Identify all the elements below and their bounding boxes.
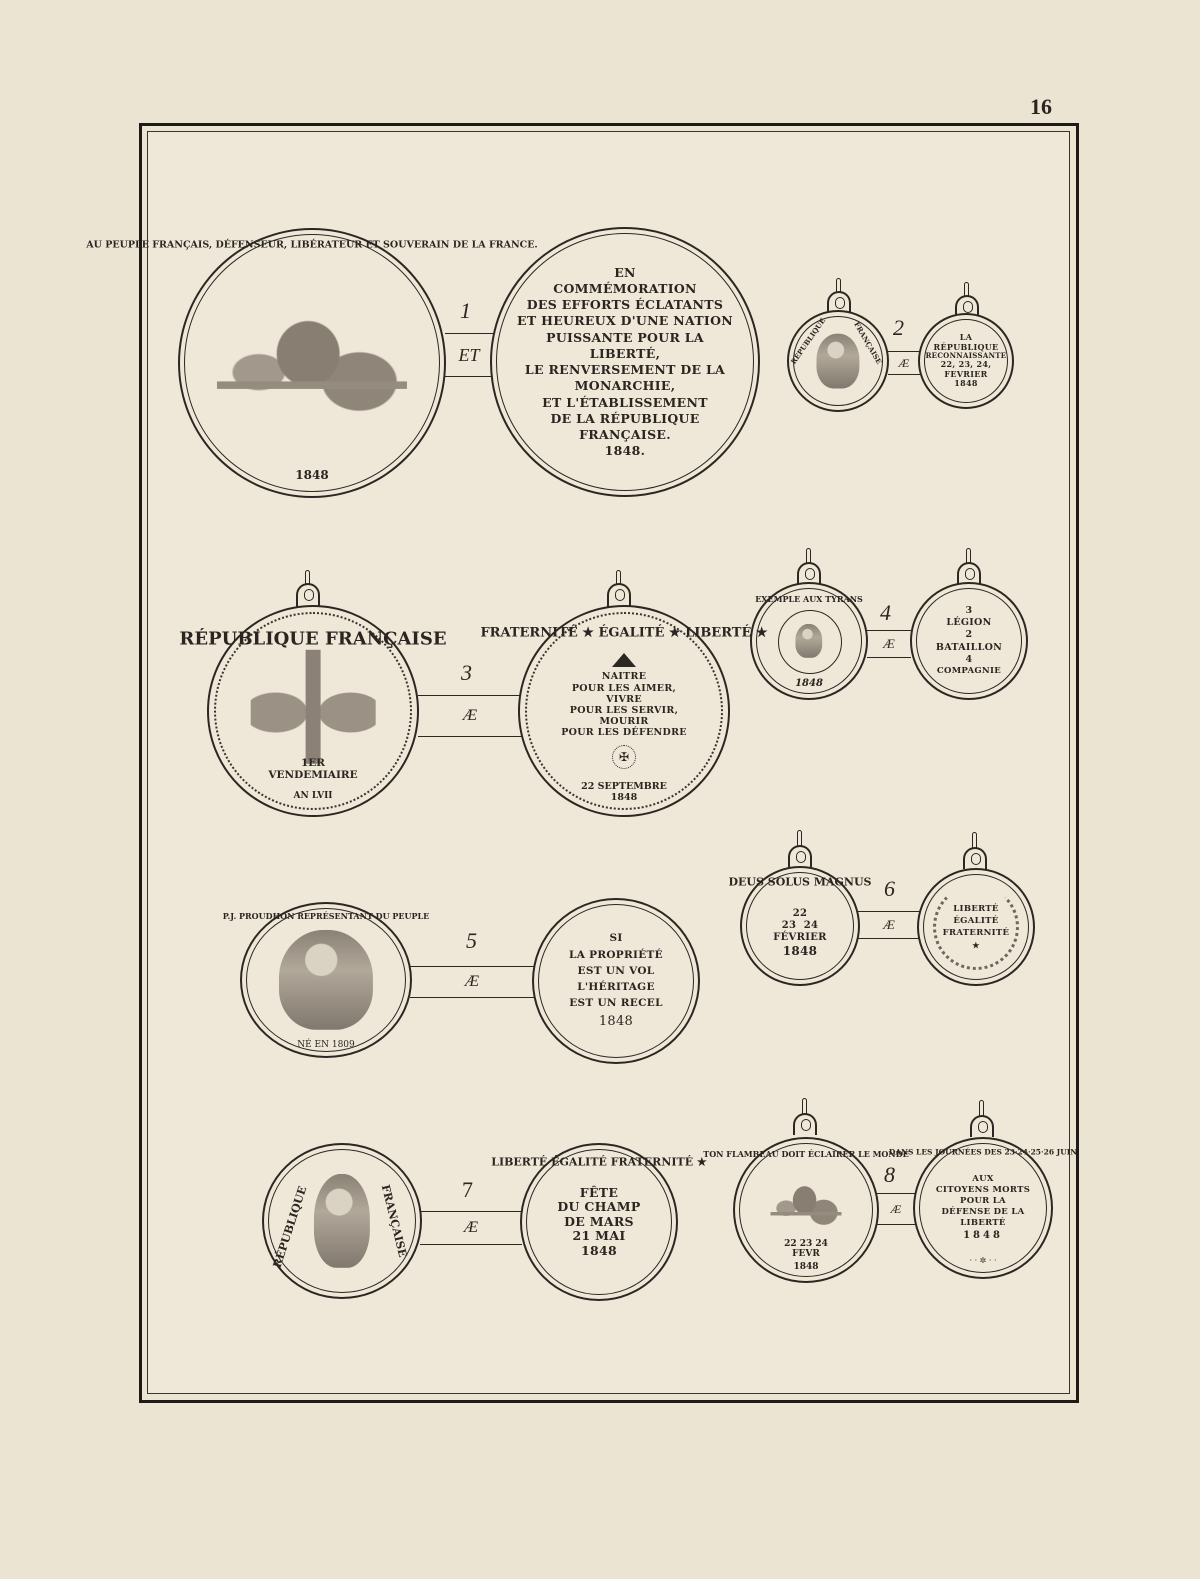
inscription-line: FÉVRIER bbox=[773, 932, 827, 944]
medal-1-obverse: AU PEUPLE FRANÇAIS, DÉFENSEUR, LIBÉRATEU… bbox=[178, 228, 446, 498]
medal-7-reverse-legend: LIBERTÉ ÉGALITÉ FRATERNITÉ ★ bbox=[491, 1156, 707, 1169]
inscription-line: 23 24 bbox=[773, 920, 827, 932]
medal-7-number: 7 bbox=[462, 1177, 473, 1203]
inscription-line: PUISSANTE POUR LA bbox=[517, 330, 733, 346]
inscription-line: ÉGALITÉ bbox=[943, 915, 1010, 927]
inscription-line: SI bbox=[569, 930, 663, 946]
medal-3-connector: Æ bbox=[418, 695, 522, 737]
medal-4-reverse-inscription: 3 LÉGION 2 BATAILLON 4 COMPAGNIE bbox=[936, 605, 1002, 678]
inscription-line: 1848 bbox=[936, 1229, 1030, 1242]
inscription-line: 22 bbox=[773, 908, 827, 920]
inscription-line: ET HEUREUX D'UNE NATION bbox=[517, 313, 733, 329]
fasces-wreath-icon bbox=[251, 650, 376, 764]
medal-5-connector: Æ bbox=[410, 966, 534, 998]
inscription-line: LA PROPRIÉTÉ bbox=[569, 947, 663, 963]
medal-6-reverse: LIBERTÉ ÉGALITÉ FRATERNITÉ ★ bbox=[917, 868, 1035, 986]
inscription-line: MONARCHIE, bbox=[517, 378, 733, 394]
medal-4-metal: Æ bbox=[883, 636, 895, 652]
medal-7-connector: Æ bbox=[420, 1211, 522, 1245]
liberty-scales-scene-icon bbox=[217, 270, 407, 456]
inscription-line: ET L'ÉTABLISSEMENT bbox=[517, 395, 733, 411]
inscription-line: NAITRE bbox=[561, 671, 687, 682]
inscription-line: LÉGION bbox=[936, 617, 1002, 629]
medal-7-legend-left: RÉPUBLIQUE bbox=[271, 1185, 310, 1270]
medal-8-number: 8 bbox=[884, 1162, 895, 1188]
medal-6-obverse: DEUS SOLUS MAGNUS 22 23 24 FÉVRIER 1848 bbox=[740, 866, 860, 986]
medal-6-reverse-inscription: LIBERTÉ ÉGALITÉ FRATERNITÉ ★ bbox=[943, 903, 1010, 952]
inscription-line: 2 bbox=[936, 629, 1002, 641]
inscription-line: L'HÉRITAGE bbox=[569, 979, 663, 995]
inscription-line: POUR LES AIMER, bbox=[561, 683, 687, 694]
medal-3-reverse-legend: FRATERNITÉ ★ ÉGALITÉ ★ LIBERTÉ ★ bbox=[480, 626, 767, 641]
inscription-line: CITOYENS MORTS bbox=[936, 1185, 1030, 1196]
medal-3-number: 3 bbox=[461, 660, 472, 686]
medal-2-connector: Æ bbox=[888, 351, 920, 375]
medal-3-reverse-bottom-legend: 22 SEPTEMBRE 1848 bbox=[572, 781, 676, 803]
medal-6-obverse-inscription: 22 23 24 FÉVRIER 1848 bbox=[773, 908, 827, 958]
medal-3-reverse: FRATERNITÉ ★ ÉGALITÉ ★ LIBERTÉ ★ NAITRE … bbox=[518, 605, 730, 817]
medal-8-reverse-loop-icon bbox=[970, 1115, 994, 1137]
inscription-line: MOURIR bbox=[561, 716, 687, 727]
medal-4-obverse-loop-icon bbox=[797, 562, 821, 584]
medal-7-metal: Æ bbox=[464, 1219, 478, 1237]
medal-1-obverse-legend: AU PEUPLE FRANÇAIS, DÉFENSEUR, LIBÉRATEU… bbox=[86, 240, 538, 251]
medal-1-exergue: 1848 bbox=[295, 468, 328, 482]
medal-6-obverse-legend: DEUS SOLUS MAGNUS bbox=[728, 876, 871, 889]
inscription-line: 4 bbox=[936, 654, 1002, 666]
medal-8-obverse-loop-icon bbox=[793, 1113, 817, 1135]
marianne-head-icon bbox=[795, 624, 822, 658]
inscription-line: 1848 bbox=[569, 1012, 663, 1032]
inscription-line: VIVRE bbox=[561, 694, 687, 705]
medal-7-reverse-inscription: FÊTE DU CHAMP DE MARS 21 MAI 1848 bbox=[557, 1186, 640, 1258]
medal-2-metal: Æ bbox=[899, 356, 910, 371]
medal-1-connector: ET bbox=[445, 333, 493, 377]
medal-7-reverse: LIBERTÉ ÉGALITÉ FRATERNITÉ ★ FÊTE DU CHA… bbox=[520, 1143, 678, 1301]
medal-8-obverse: TON FLAMBEAU DOIT ÉCLAIRER LE MONDE 22 2… bbox=[733, 1137, 879, 1283]
inscription-line: COMPAGNIE bbox=[936, 666, 1002, 677]
medal-5-reverse-inscription: SI LA PROPRIÉTÉ EST UN VOL L'HÉRITAGE ES… bbox=[569, 930, 663, 1031]
inscription-line: EST UN RECEL bbox=[569, 995, 663, 1011]
inscription-line: FRANÇAISE. bbox=[517, 427, 733, 443]
inscription-line: COMMÉMORATION bbox=[517, 281, 733, 297]
inscription-line: POUR LES DÉFENDRE bbox=[561, 727, 687, 738]
medal-3-obverse: RÉPUBLIQUE FRANÇAISE 1ER VENDEMIAIRE AN … bbox=[207, 605, 419, 817]
inscription-line: LIBERTÉ, bbox=[517, 346, 733, 362]
medal-3-exergue-line-2: AN LVII bbox=[293, 791, 332, 801]
inscription-line: LIBERTÉ bbox=[936, 1218, 1030, 1229]
medal-1-number: 1 bbox=[460, 298, 471, 324]
liberty-torch-scene-icon bbox=[771, 1165, 842, 1245]
medal-3-obverse-legend: RÉPUBLIQUE FRANÇAISE bbox=[179, 629, 446, 650]
inscription-line: 21 MAI bbox=[557, 1229, 640, 1243]
medal-3-exergue-line-1: 1ER VENDEMIAIRE bbox=[261, 757, 365, 781]
star-icon: ★ bbox=[943, 940, 1010, 952]
inscription-line: AUX bbox=[936, 1174, 1030, 1185]
medal-6-metal: Æ bbox=[883, 917, 895, 933]
medal-1-reverse-inscription: EN COMMÉMORATION DES EFFORTS ÉCLATANTS E… bbox=[517, 265, 733, 460]
inscription-line: 1848 bbox=[773, 944, 827, 958]
page-number: 16 bbox=[1030, 94, 1052, 120]
inscription-line: DÉFENSE DE LA bbox=[936, 1207, 1030, 1218]
medal-4-connector: Æ bbox=[867, 630, 911, 658]
medal-7-legend-right: FRANÇAISE bbox=[379, 1183, 410, 1258]
medal-4-obverse: EXEMPLE AUX TYRANS 1848 bbox=[750, 582, 868, 700]
inscription-line: FÊTE bbox=[557, 1186, 640, 1200]
medal-5-obverse-legend: P.J. PROUDHON REPRÉSENTANT DU PEUPLE bbox=[223, 911, 429, 921]
inscription-line: 1848. bbox=[517, 443, 733, 459]
medal-5-obverse: P.J. PROUDHON REPRÉSENTANT DU PEUPLE NÉ … bbox=[240, 902, 412, 1058]
medal-2-reverse-inscription: LA RÉPUBLIQUE RECONNAISSANTE 22, 23, 24,… bbox=[926, 333, 1007, 388]
triangle-level-icon bbox=[612, 653, 636, 667]
inscription-line: 1848 bbox=[557, 1244, 640, 1258]
inscription-line: 3 bbox=[936, 605, 1002, 617]
marianne-head-icon bbox=[314, 1174, 370, 1268]
medal-5-bottom-legend: NÉ EN 1809 bbox=[297, 1040, 355, 1050]
medal-4-exergue: 1848 bbox=[795, 678, 823, 689]
medal-5-reverse: SI LA PROPRIÉTÉ EST UN VOL L'HÉRITAGE ES… bbox=[532, 898, 700, 1064]
monogram-seal-icon: ✠ bbox=[612, 745, 636, 769]
inscription-line: LIBERTÉ bbox=[943, 903, 1010, 915]
medal-8-metal: Æ bbox=[891, 1202, 902, 1217]
inscription-line: DU CHAMP bbox=[557, 1200, 640, 1214]
medal-2-reverse: LA RÉPUBLIQUE RECONNAISSANTE 22, 23, 24,… bbox=[918, 313, 1014, 409]
inscription-line: DE MARS bbox=[557, 1215, 640, 1229]
inscription-line: POUR LES SERVIR, bbox=[561, 705, 687, 716]
inscription-line: BATAILLON bbox=[936, 642, 1002, 654]
medal-6-connector: Æ bbox=[858, 911, 920, 939]
medal-1-metal: ET bbox=[458, 345, 479, 366]
inscription-line: 1848 bbox=[926, 379, 1007, 388]
medal-5-number: 5 bbox=[466, 928, 477, 954]
inscription-line: FRATERNITÉ bbox=[943, 927, 1010, 939]
medal-4-reverse-loop-icon bbox=[957, 562, 981, 584]
medal-2-obverse: RÉPUBLIQUE FRANÇAISE bbox=[787, 310, 889, 412]
medal-3-metal: Æ bbox=[463, 707, 477, 725]
medal-6-reverse-loop-icon bbox=[963, 847, 987, 869]
inscription-line: EST UN VOL bbox=[569, 963, 663, 979]
inscription-line: POUR LA bbox=[936, 1196, 1030, 1207]
marianne-head-icon bbox=[816, 334, 859, 389]
medal-2-number: 2 bbox=[893, 315, 904, 341]
medal-7-obverse: RÉPUBLIQUE FRANÇAISE bbox=[262, 1143, 422, 1299]
medal-8-exergue-line-2: 1848 bbox=[793, 1262, 818, 1272]
rosette-ornament-icon: · · ✲ · · bbox=[969, 1256, 996, 1265]
medal-4-number: 4 bbox=[880, 600, 891, 626]
medal-6-number: 6 bbox=[884, 876, 895, 902]
medal-6-obverse-loop-icon bbox=[788, 845, 812, 867]
inscription-line: DES EFFORTS ÉCLATANTS bbox=[517, 297, 733, 313]
medal-8-obverse-legend: TON FLAMBEAU DOIT ÉCLAIRER LE MONDE bbox=[703, 1149, 909, 1159]
inscription-line: EN bbox=[517, 265, 733, 281]
medal-4-reverse: 3 LÉGION 2 BATAILLON 4 COMPAGNIE bbox=[910, 582, 1028, 700]
inscription-line: LE RENVERSEMENT DE LA bbox=[517, 362, 733, 378]
medal-8-reverse-legend: DANS LES JOURNÉES DES 23·24·25·26 JUIN bbox=[889, 1148, 1077, 1157]
medal-8-connector: Æ bbox=[877, 1193, 915, 1225]
medal-3-reverse-inscription: NAITRE POUR LES AIMER, VIVRE POUR LES SE… bbox=[561, 671, 687, 738]
inscription-line: DE LA RÉPUBLIQUE bbox=[517, 411, 733, 427]
medal-5-metal: Æ bbox=[465, 973, 479, 991]
medal-1-reverse: EN COMMÉMORATION DES EFFORTS ÉCLATANTS E… bbox=[490, 227, 760, 497]
proudhon-portrait-icon bbox=[279, 930, 373, 1030]
medal-8-reverse-inscription: AUX CITOYENS MORTS POUR LA DÉFENSE DE LA… bbox=[936, 1174, 1030, 1242]
medal-8-exergue-line-1: 22 23 24 FEVR bbox=[771, 1239, 842, 1259]
medal-4-obverse-legend: EXEMPLE AUX TYRANS bbox=[755, 594, 863, 604]
medal-8-reverse: DANS LES JOURNÉES DES 23·24·25·26 JUIN A… bbox=[913, 1137, 1053, 1279]
